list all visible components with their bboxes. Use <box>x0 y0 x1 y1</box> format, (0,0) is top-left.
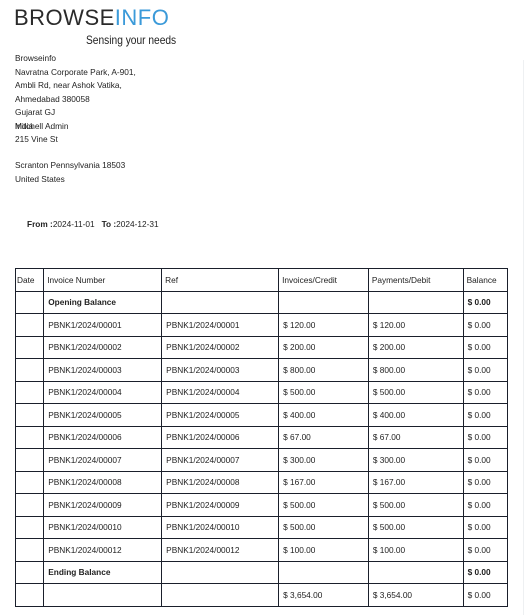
table-row: PBNK1/2024/00007PBNK1/2024/00007$ 300.00… <box>16 449 508 472</box>
cell-invoice-number: PBNK1/2024/00010 <box>44 516 162 539</box>
cell-balance: $ 0.00 <box>463 471 507 494</box>
cell-ref <box>162 561 279 584</box>
cell-balance: $ 0.00 <box>463 426 507 449</box>
cell-ref: PBNK1/2024/00005 <box>162 404 279 427</box>
cell-date <box>16 471 44 494</box>
opening-balance-value: $ 0.00 <box>463 291 507 314</box>
logo-tagline: Sensing your needs <box>86 33 176 47</box>
cell-date <box>16 291 44 314</box>
total-balance: $ 0.00 <box>463 584 507 607</box>
company-address-line: Navratna Corporate Park, A-901, <box>15 66 136 80</box>
cell-invoice-number <box>44 584 162 607</box>
cell-ref <box>162 291 279 314</box>
cell-date <box>16 516 44 539</box>
cell-credit: $ 500.00 <box>279 516 369 539</box>
to-date: 2024-12-31 <box>116 219 158 229</box>
page-edge <box>523 60 524 615</box>
cell-balance: $ 0.00 <box>463 381 507 404</box>
cell-balance: $ 0.00 <box>463 539 507 562</box>
cell-credit: $ 500.00 <box>279 494 369 517</box>
cell-debit: $ 120.00 <box>368 314 463 337</box>
cell-ref: PBNK1/2024/00004 <box>162 381 279 404</box>
from-date: 2024-11-01 <box>53 219 95 229</box>
cell-credit: $ 167.00 <box>279 471 369 494</box>
table-row: PBNK1/2024/00002PBNK1/2024/00002$ 200.00… <box>16 336 508 359</box>
cell-date <box>16 426 44 449</box>
table-row: PBNK1/2024/00006PBNK1/2024/00006$ 67.00$… <box>16 426 508 449</box>
cell-date <box>16 561 44 584</box>
cell-debit: $ 400.00 <box>368 404 463 427</box>
cell-balance: $ 0.00 <box>463 404 507 427</box>
cell-invoice-number: PBNK1/2024/00009 <box>44 494 162 517</box>
cell-invoice-number: PBNK1/2024/00012 <box>44 539 162 562</box>
cell-ref: PBNK1/2024/00003 <box>162 359 279 382</box>
cell-date <box>16 381 44 404</box>
cell-invoice-number: PBNK1/2024/00002 <box>44 336 162 359</box>
cell-credit: $ 100.00 <box>279 539 369 562</box>
customer-name: Mitchell Admin <box>15 120 69 134</box>
table-row: PBNK1/2024/00003PBNK1/2024/00003$ 800.00… <box>16 359 508 382</box>
cell-date <box>16 539 44 562</box>
cell-ref: PBNK1/2024/00006 <box>162 426 279 449</box>
cell-invoice-number: PBNK1/2024/00004 <box>44 381 162 404</box>
header-balance: Balance <box>463 269 507 292</box>
total-debit: $ 3,654.00 <box>368 584 463 607</box>
logo-text-browse: BROWSE <box>14 5 115 30</box>
company-address-line: Gujarat GJ <box>15 106 136 120</box>
cell-debit <box>368 291 463 314</box>
header-ref: Ref <box>162 269 279 292</box>
cell-credit: $ 800.00 <box>279 359 369 382</box>
customer-address: Scranton Pennsylvania 18503 United State… <box>15 159 125 186</box>
cell-ref: PBNK1/2024/00002 <box>162 336 279 359</box>
ending-balance-row: Ending Balance$ 0.00 <box>16 561 508 584</box>
cell-balance: $ 0.00 <box>463 314 507 337</box>
ending-balance-value: $ 0.00 <box>463 561 507 584</box>
cell-invoice-number: PBNK1/2024/00008 <box>44 471 162 494</box>
cell-ref: PBNK1/2024/00009 <box>162 494 279 517</box>
cell-credit: $ 400.00 <box>279 404 369 427</box>
table-row: PBNK1/2024/00010PBNK1/2024/00010$ 500.00… <box>16 516 508 539</box>
cell-ref: PBNK1/2024/00001 <box>162 314 279 337</box>
customer-street: 215 Vine St <box>15 133 136 147</box>
cell-balance: $ 0.00 <box>463 449 507 472</box>
cell-debit: $ 500.00 <box>368 516 463 539</box>
cell-invoice-number: PBNK1/2024/00003 <box>44 359 162 382</box>
company-address-line: Ambli Rd, near Ashok Vatika, <box>15 79 136 93</box>
table-row: PBNK1/2024/00004PBNK1/2024/00004$ 500.00… <box>16 381 508 404</box>
cell-ref: PBNK1/2024/00012 <box>162 539 279 562</box>
cell-balance: $ 0.00 <box>463 336 507 359</box>
total-credit: $ 3,654.00 <box>279 584 369 607</box>
cell-debit: $ 500.00 <box>368 494 463 517</box>
company-name: Browseinfo <box>15 52 136 66</box>
cell-balance: $ 0.00 <box>463 516 507 539</box>
header-date: Date <box>16 269 44 292</box>
cell-date <box>16 336 44 359</box>
cell-debit: $ 500.00 <box>368 381 463 404</box>
cell-credit: $ 120.00 <box>279 314 369 337</box>
cell-invoice-number: PBNK1/2024/00001 <box>44 314 162 337</box>
opening-balance-label: Opening Balance <box>44 291 162 314</box>
cell-date <box>16 314 44 337</box>
customer-country: United States <box>15 173 125 187</box>
customer-city-line: Scranton Pennsylvania 18503 <box>15 159 125 173</box>
cell-balance: $ 0.00 <box>463 359 507 382</box>
table-row: PBNK1/2024/00009PBNK1/2024/00009$ 500.00… <box>16 494 508 517</box>
header-invoices-credit: Invoices/Credit <box>279 269 369 292</box>
table-header-row: Date Invoice Number Ref Invoices/Credit … <box>16 269 508 292</box>
cell-debit: $ 200.00 <box>368 336 463 359</box>
cell-ref: PBNK1/2024/00007 <box>162 449 279 472</box>
cell-invoice-number: PBNK1/2024/00005 <box>44 404 162 427</box>
header-payments-debit: Payments/Debit <box>368 269 463 292</box>
table-row: PBNK1/2024/00008PBNK1/2024/00008$ 167.00… <box>16 471 508 494</box>
cell-credit <box>279 561 369 584</box>
cell-debit: $ 800.00 <box>368 359 463 382</box>
logo-text-info: INFO <box>115 5 170 30</box>
cell-credit: $ 200.00 <box>279 336 369 359</box>
company-address-line: Ahmedabad 380058 <box>15 93 136 107</box>
cell-date <box>16 404 44 427</box>
cell-date <box>16 584 44 607</box>
cell-ref <box>162 584 279 607</box>
cell-invoice-number: PBNK1/2024/00006 <box>44 426 162 449</box>
company-logo: BROWSEINFO <box>14 6 169 30</box>
statement-period: From :2024-11-01 To :2024-12-31 <box>27 219 159 229</box>
cell-credit: $ 67.00 <box>279 426 369 449</box>
ending-balance-label: Ending Balance <box>44 561 162 584</box>
cell-date <box>16 449 44 472</box>
to-label: To : <box>102 219 117 229</box>
opening-balance-row: Opening Balance $ 0.00 <box>16 291 508 314</box>
cell-credit <box>279 291 369 314</box>
cell-balance: $ 0.00 <box>463 494 507 517</box>
overlapping-lines: India Mitchell Admin <box>15 120 136 134</box>
cell-invoice-number: PBNK1/2024/00007 <box>44 449 162 472</box>
cell-debit: $ 100.00 <box>368 539 463 562</box>
table-row: PBNK1/2024/00001PBNK1/2024/00001$ 120.00… <box>16 314 508 337</box>
table-row: PBNK1/2024/00012PBNK1/2024/00012$ 100.00… <box>16 539 508 562</box>
statement-table: Date Invoice Number Ref Invoices/Credit … <box>15 268 508 607</box>
cell-ref: PBNK1/2024/00008 <box>162 471 279 494</box>
cell-credit: $ 300.00 <box>279 449 369 472</box>
cell-debit: $ 67.00 <box>368 426 463 449</box>
cell-date <box>16 359 44 382</box>
cell-date <box>16 494 44 517</box>
company-address: Browseinfo Navratna Corporate Park, A-90… <box>15 52 136 147</box>
header-invoice-number: Invoice Number <box>44 269 162 292</box>
cell-debit: $ 300.00 <box>368 449 463 472</box>
cell-debit: $ 167.00 <box>368 471 463 494</box>
table-row: PBNK1/2024/00005PBNK1/2024/00005$ 400.00… <box>16 404 508 427</box>
totals-row: $ 3,654.00$ 3,654.00$ 0.00 <box>16 584 508 607</box>
cell-ref: PBNK1/2024/00010 <box>162 516 279 539</box>
cell-credit: $ 500.00 <box>279 381 369 404</box>
from-label: From : <box>27 219 53 229</box>
cell-debit <box>368 561 463 584</box>
